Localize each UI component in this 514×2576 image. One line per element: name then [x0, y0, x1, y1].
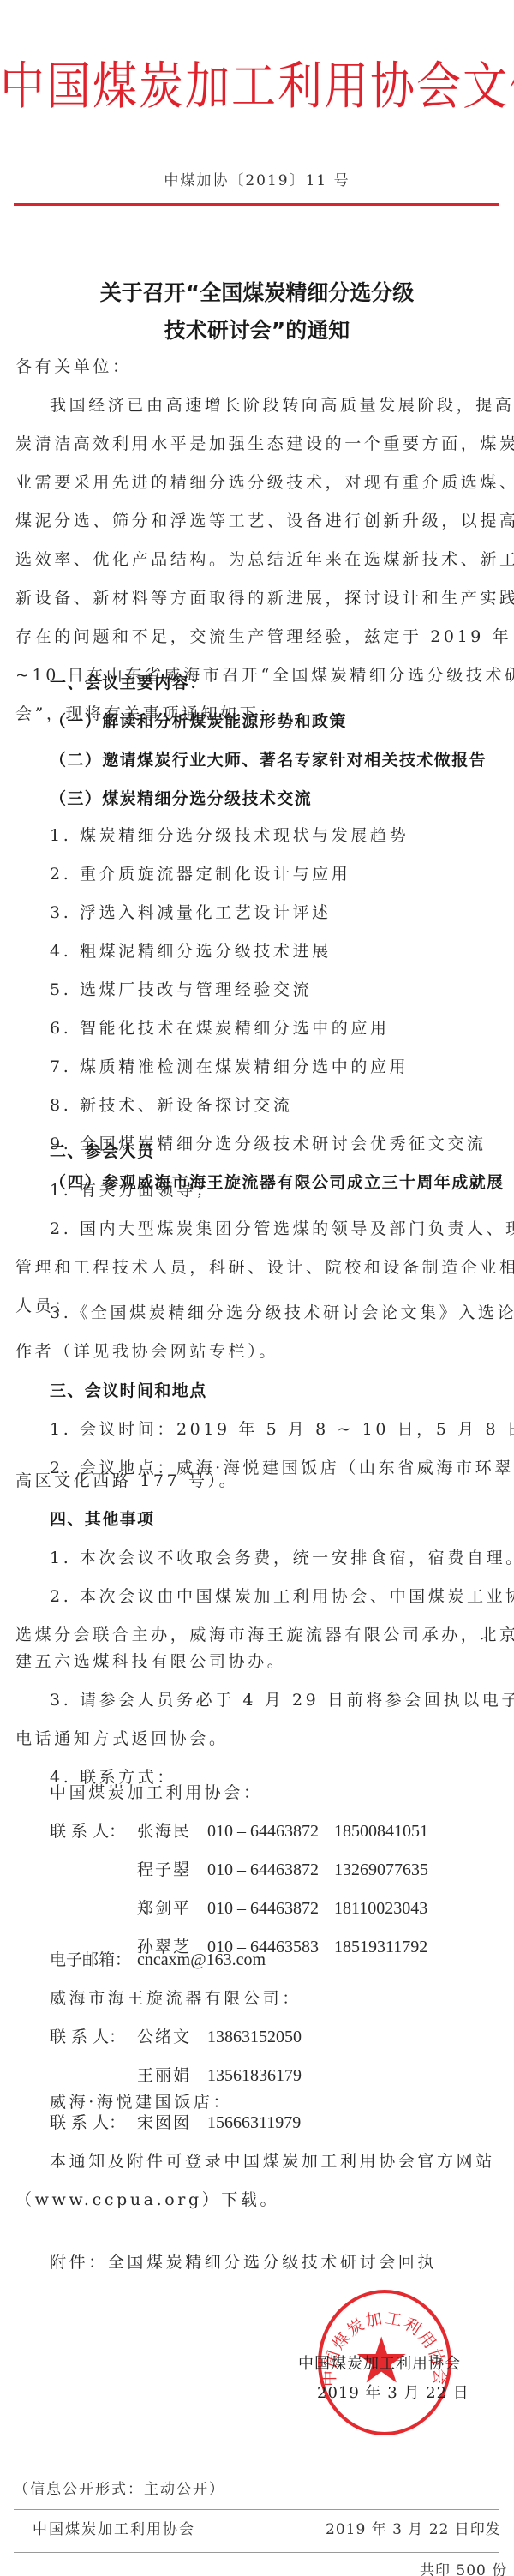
contact-tel: 010 – 64463872 — [207, 1899, 334, 1919]
section4-item2-cont: 建五六选煤科技有限公司协办。 — [15, 1649, 286, 1672]
intro-line: 存在的问题和不足，交流生产管理经验，兹定于 2019 年 5 月 8 — [15, 624, 514, 647]
section4-item3: 3. 请参会人员务必于 4 月 29 日前将参会回执以电子邮件或 — [50, 1687, 514, 1710]
document-masthead: 中国煤炭加工利用协会文件 — [0, 45, 514, 118]
contact-row: 联 系 人：公绪文13863152050 — [50, 2024, 302, 2047]
list-item: 8. 新技术、新设备探讨交流 — [50, 1093, 293, 1116]
email-link[interactable]: cncaxm@163.com — [137, 1950, 266, 1969]
contact-tel: 010 – 64463872 — [207, 1860, 334, 1880]
contact-mobile: 15666311979 — [207, 2113, 301, 2133]
document-title-line2: 技术研讨会”的通知 — [0, 314, 514, 344]
contact-org2: 威海市海王旋流器有限公司： — [50, 1986, 302, 2009]
contact-mobile: 13561836179 — [207, 2066, 302, 2086]
contact-mobile: 18110023043 — [334, 1899, 427, 1919]
footer-rule-top — [14, 2509, 499, 2510]
contact-mobile: 18500841051 — [334, 1822, 428, 1842]
contact-name: 宋囡囡 — [137, 2110, 207, 2133]
footer-copies: 共印 500 份 — [420, 2558, 507, 2576]
section3-heading: 三、会议时间和地点 — [50, 1378, 207, 1401]
section4-item2-cont: 选煤分会联合主办，威海市海王旋流器有限公司承办，北京泽 — [15, 1622, 514, 1645]
list-item: 4. 粗煤泥精细分选分级技术进展 — [50, 938, 332, 962]
contact-name: 公绪文 — [137, 2024, 207, 2047]
intro-line: 煤泥分选、筛分和浮选等工艺、设备进行创新升级，以提高分 — [15, 508, 514, 531]
footer-rule-bottom — [14, 2552, 499, 2553]
intro-line: 新设备、新材料等方面取得的新进展，探讨设计和生产实践中 — [15, 585, 514, 608]
intro-line: 选效率、优化产品结构。为总结近年来在选煤新技术、新工艺、 — [15, 547, 514, 570]
contact-mobile: 18519311792 — [334, 1938, 427, 1957]
section4-item2: 2. 本次会议由中国煤炭加工利用协会、中国煤炭工业协会 — [50, 1584, 514, 1607]
contact-row: 程子曌010 – 6446387213269077635 — [50, 1857, 428, 1880]
section1-sub2: （二）邀请煤炭行业大师、著名专家针对相关技术做报告 — [50, 747, 487, 770]
list-item: 2. 重介质旋流器定制化设计与应用 — [50, 861, 350, 884]
contact-name: 王丽娟 — [137, 2063, 207, 2086]
contact-name: 郑剑平 — [137, 1896, 207, 1919]
footer-issuer: 中国煤炭加工利用协会 — [33, 2517, 195, 2538]
contact-tel: 010 – 64463872 — [207, 1822, 334, 1842]
intro-line: 我国经济已由高速增长阶段转向高质量发展阶段，提高煤 — [50, 392, 514, 416]
section1-heading: 一、会议主要内容： — [50, 670, 207, 693]
contact-label: 联 系 人： — [50, 1818, 137, 1842]
email-label: 电子邮箱： — [50, 1947, 137, 1970]
section2-heading: 二、参会人员 — [50, 1139, 154, 1162]
intro-line: 业需要采用先进的精细分选分级技术，对现有重介质选煤、粗 — [15, 470, 514, 493]
section3-item1: 1. 会议时间：2019 年 5 月 8 ~ 10 日，5 月 8 日全天报到。 — [50, 1417, 514, 1440]
intro-line: 炭清洁高效利用水平是加强生态建设的一个重要方面，煤炭行 — [15, 431, 514, 454]
contact-name: 程子曌 — [137, 1857, 207, 1880]
section3-item2-cont: 高区文化西路 177 号）。 — [15, 1468, 238, 1491]
footer-issue-date: 2019 年 3 月 22 日印发 — [326, 2517, 501, 2538]
section4-item3-cont: 电话通知方式返回协会。 — [15, 1726, 229, 1749]
section1-sub1: （一）解读和分析煤炭能源形势和政策 — [50, 709, 347, 732]
contact-mobile: 13863152050 — [207, 2028, 302, 2047]
contact-label: 联 系 人： — [50, 2110, 137, 2133]
document-title-line1: 关于召开“全国煤炭精细分选分级 — [0, 276, 514, 307]
salutation: 各有关单位： — [15, 354, 132, 377]
contact-name: 张海民 — [137, 1818, 207, 1842]
section1-sub3: （三）煤炭精细分选分级技术交流 — [50, 786, 312, 809]
section2-item3: 3.《全国煤炭精细分选分级技术研讨会论文集》入选论文 — [50, 1300, 514, 1323]
signature-org: 中国煤炭加工利用协会 — [298, 2351, 461, 2374]
section2-item2: 2. 国内大型煤炭集团分管选煤的领导及部门负责人、现场 — [50, 1216, 514, 1239]
download-note-cont: （www.ccpua.org）下载。 — [15, 2187, 279, 2210]
contact-org1: 中国煤炭加工利用协会： — [50, 1780, 263, 1803]
contact-row: 联 系 人：张海民010 – 6446387218500841051 — [50, 1818, 428, 1842]
email-row: 电子邮箱：cncaxm@163.com — [50, 1947, 266, 1970]
section4-heading: 四、其他事项 — [50, 1507, 154, 1530]
attachment-note: 附件：全国煤炭精细分选分级技术研讨会回执 — [50, 2250, 437, 2273]
contact-mobile: 13269077635 — [334, 1860, 428, 1880]
list-item: 6. 智能化技术在煤炭精细分选中的应用 — [50, 1015, 390, 1039]
document-number: 中煤加协〔2019〕11 号 — [0, 168, 514, 189]
list-item: 1. 煤炭精细分选分级技术现状与发展趋势 — [50, 823, 409, 846]
disclosure-note: （信息公开形式：主动公开） — [14, 2477, 225, 2498]
contact-label: 联 系 人： — [50, 2024, 137, 2047]
list-item: 5. 选煤厂技改与管理经验交流 — [50, 977, 312, 1000]
red-divider — [14, 203, 499, 206]
section4-item1: 1. 本次会议不收取会务费，统一安排食宿，宿费自理。 — [50, 1545, 514, 1568]
section2-item2-cont: 管理和工程技术人员，科研、设计、院校和设备制造企业相关 — [15, 1255, 514, 1278]
contact-org3: 威海·海悦建国饭店： — [50, 2089, 232, 2112]
contact-row: 郑剑平010 – 6446387218110023043 — [50, 1896, 427, 1919]
section2-item1: 1. 有关方面领导； — [50, 1177, 215, 1201]
list-item: 7. 煤质精准检测在煤炭精细分选中的应用 — [50, 1054, 409, 1077]
list-item: 3. 浮选入料减量化工艺设计评述 — [50, 900, 332, 923]
signature-date: 2019 年 3 月 22 日 — [317, 2381, 469, 2403]
download-note: 本通知及附件可登录中国煤炭加工利用协会官方网站 — [50, 2148, 495, 2172]
section2-item3-cont: 作者（详见我协会网站专栏）。 — [15, 1339, 278, 1362]
contact-row: 王丽娟13561836179 — [50, 2063, 302, 2086]
contact-row: 联 系 人：宋囡囡15666311979 — [50, 2110, 301, 2133]
